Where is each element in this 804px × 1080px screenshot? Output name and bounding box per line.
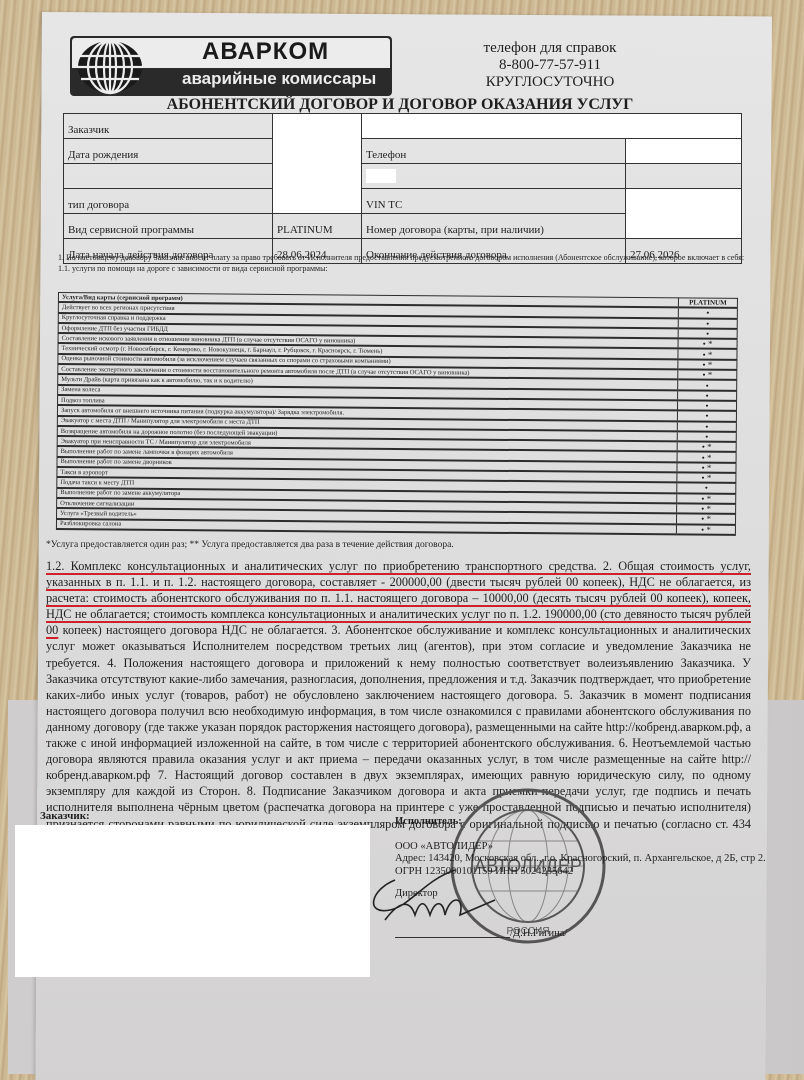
brand-subtitle: аварийные комиссары (182, 69, 376, 89)
contract-body-rest: копеек) настоящего договора НДС не облаг… (46, 623, 751, 846)
service-availability-mark: • (678, 328, 737, 339)
service-availability-mark: • * (678, 349, 737, 360)
services-header-plan: PLATINUM (678, 298, 737, 308)
service-availability-mark: • * (678, 369, 737, 380)
executor-name: ООО «АВТОЛИДЕР» (395, 841, 785, 854)
avarkom-logo: АВАРКОМ аварийные комиссары (70, 36, 392, 96)
hotline-label: телефон для справок (460, 40, 640, 57)
customer-signature-label: Заказчик: (40, 810, 90, 822)
redacted-field (273, 114, 362, 214)
executor-label: Исполнитель: (395, 816, 785, 829)
service-availability-mark: • (678, 308, 737, 319)
phone-label: Телефон (362, 139, 626, 164)
program-value: PLATINUM (273, 214, 362, 239)
services-table: Услуга/Вид карты (сервисной программ) PL… (56, 292, 738, 536)
contract-info-table: Заказчик Дата рождения Телефон тип догов… (63, 113, 742, 264)
globe-icon (76, 39, 144, 95)
blank-label (64, 164, 273, 189)
director-name: /Д.Н.Гигина/ (510, 928, 567, 939)
redacted-customer-signature (15, 825, 370, 977)
service-availability-mark: • (677, 483, 736, 494)
service-availability-mark: • (677, 400, 736, 411)
vin-label: VIN ТС (362, 189, 626, 214)
service-availability-mark: • * (677, 462, 736, 473)
blank-cell (362, 164, 626, 189)
service-availability-mark: • (677, 421, 736, 432)
hotline-number: 8-800-77-57-911 (460, 57, 640, 74)
service-availability-mark: • * (676, 514, 735, 525)
card-number-label: Номер договора (карты, при наличии) (362, 214, 626, 239)
clause-1: 1. По настоящему договору Заказчик вноси… (58, 253, 748, 264)
document-title: АБОНЕНТСКИЙ ДОГОВОР И ДОГОВОР ОКАЗАНИЯ У… (60, 96, 740, 114)
customer-label: Заказчик (64, 114, 273, 139)
blank-cell (626, 164, 742, 189)
redacted-field (626, 189, 742, 239)
service-availability-mark: • * (676, 524, 735, 535)
service-availability-mark: • (678, 380, 737, 391)
program-label: Вид сервисной программы (64, 214, 273, 239)
contract-type-label: тип договора (64, 189, 273, 214)
clause-1-1: 1.1. услуги по помощи на дороге с зависи… (58, 264, 748, 275)
service-availability-mark: • * (677, 493, 736, 504)
footnote: *Услуга предоставляется один раз; ** Усл… (46, 540, 746, 550)
service-availability-mark: • * (677, 442, 736, 453)
service-availability-mark: • (677, 411, 736, 422)
service-availability-mark: • * (677, 503, 736, 514)
service-availability-mark: • * (677, 452, 736, 463)
service-availability-mark: • * (678, 339, 737, 350)
service-availability-mark: • (678, 390, 737, 401)
service-availability-mark: • (678, 318, 737, 329)
redacted-field (626, 139, 742, 164)
brand-name: АВАРКОМ (202, 38, 329, 66)
redacted-field (362, 114, 742, 139)
hotline-hours: КРУГЛОСУТОЧНО (460, 74, 640, 91)
intro-text: 1. По настоящему договору Заказчик вноси… (58, 253, 748, 274)
director-signature-line (395, 937, 510, 938)
service-availability-mark: • (677, 431, 736, 442)
director-signature (365, 860, 515, 930)
hotline-block: телефон для справок 8-800-77-57-911 КРУГ… (460, 40, 640, 91)
service-availability-mark: • * (677, 472, 736, 483)
birthdate-label: Дата рождения (64, 139, 273, 164)
contract-body: 1.2. Комплекс консультационных и аналити… (46, 558, 751, 848)
service-availability-mark: • * (678, 359, 737, 370)
